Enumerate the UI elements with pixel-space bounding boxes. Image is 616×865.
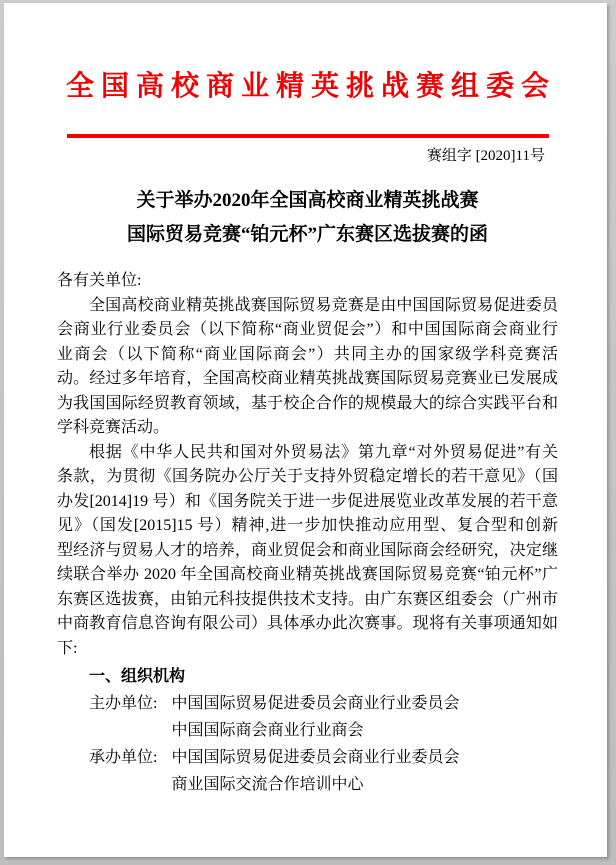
- document-line: 条款，为贯彻《国务院办公厅关于支持外贸稳定增长的若干意见》（国: [57, 465, 558, 490]
- document-line: 各有关单位:: [57, 269, 558, 294]
- paragraph-1: 全国高校商业精英挑战赛国际贸易竞赛是由中国国际贸易促进委员会商业行业委员会（以下…: [57, 294, 558, 441]
- document-title-line2: 国际贸易竞赛“铂元杯”广东赛区选拔赛的函: [57, 218, 558, 252]
- committee-masthead: 全国高校商业精英挑战赛组委会: [57, 68, 565, 106]
- organization-name: 商业国际交流合作培训中心: [171, 771, 459, 798]
- section-heading: 一、组织机构: [57, 665, 558, 690]
- organization-entry: 承办单位:中国国际贸易促进委员会商业行业委员会商业国际交流合作培训中心: [57, 744, 558, 798]
- document-body: 各有关单位:全国高校商业精英挑战赛国际贸易竞赛是由中国国际贸易促进委员会商业行业…: [57, 269, 558, 798]
- organization-role-label: 承办单位:: [89, 744, 157, 798]
- document-line: 一、组织机构: [57, 665, 558, 690]
- document-line: 型经济与贸易人才的培养，商业贸促会和商业国际商会经研究，决定继: [57, 539, 558, 564]
- organization-role-label: 主办单位:: [89, 690, 157, 744]
- document-line: 见》（国发[2015]15 号）精神,进一步加快推动应用型、复合型和创新: [57, 514, 558, 539]
- document-title-line1: 关于举办2020年全国高校商业精英挑战赛: [57, 184, 558, 218]
- document-line: 根据《中华人民共和国对外贸易法》第九章“对外贸易促进”有关: [57, 441, 558, 466]
- organization-name: 中国国际贸易促进委员会商业行业委员会: [171, 744, 459, 771]
- document-line: 全国高校商业精英挑战赛国际贸易竞赛是由中国国际贸易促进委员: [57, 294, 558, 319]
- document-canvas: 全国高校商业精英挑战赛组委会 赛组字 [2020]11号 关于举办2020年全国…: [0, 0, 616, 865]
- document-line: 业商会（以下简称“商业国际商会”）共同主办的国家级学科竞赛活: [57, 343, 558, 368]
- organization-name-list: 中国国际贸易促进委员会商业行业委员会中国国际商会商业行业商会: [171, 690, 459, 744]
- masthead-divider-rule: [67, 134, 549, 138]
- document-line: 动。经过多年培育，全国高校商业精英挑战赛国际贸易竞赛业已发展成: [57, 367, 558, 392]
- organization-name: 中国国际商会商业行业商会: [171, 717, 459, 744]
- document-page: 全国高校商业精英挑战赛组委会 赛组字 [2020]11号 关于举办2020年全国…: [4, 3, 607, 857]
- paragraph-2: 根据《中华人民共和国对外贸易法》第九章“对外贸易促进”有关条款，为贯彻《国务院办…: [57, 441, 558, 662]
- document-line: 办发[2014]19 号）和《国务院关于进一步促进展览业改革发展的若干意: [57, 490, 558, 515]
- document-line: 东赛区选拔赛，由铂元科技提供技术支持。由广东赛区组委会（广州市: [57, 588, 558, 613]
- document-line: 续联合举办 2020 年全国高校商业精英挑战赛国际贸易竞赛“铂元杯”广: [57, 563, 558, 588]
- document-line: 学科竞赛活动。: [57, 416, 558, 441]
- document-number: 赛组字 [2020]11号: [57, 146, 558, 166]
- document-line: 为我国国际经贸教育领域，基于校企合作的规模最大的综合实践平台和: [57, 392, 558, 417]
- document-line: 下:: [57, 637, 558, 662]
- organization-name-list: 中国国际贸易促进委员会商业行业委员会商业国际交流合作培训中心: [171, 744, 459, 798]
- salutation: 各有关单位:: [57, 269, 558, 294]
- organization-entry: 主办单位:中国国际贸易促进委员会商业行业委员会中国国际商会商业行业商会: [57, 690, 558, 744]
- document-line: 会商业行业委员会（以下简称“商业贸促会”）和中国国际商会商业行: [57, 318, 558, 343]
- document-line: 中商教育信息咨询有限公司）具体承办此次赛事。现将有关事项通知如: [57, 612, 558, 637]
- document-title: 关于举办2020年全国高校商业精英挑战赛 国际贸易竞赛“铂元杯”广东赛区选拔赛的…: [57, 184, 558, 252]
- organization-name: 中国国际贸易促进委员会商业行业委员会: [171, 690, 459, 717]
